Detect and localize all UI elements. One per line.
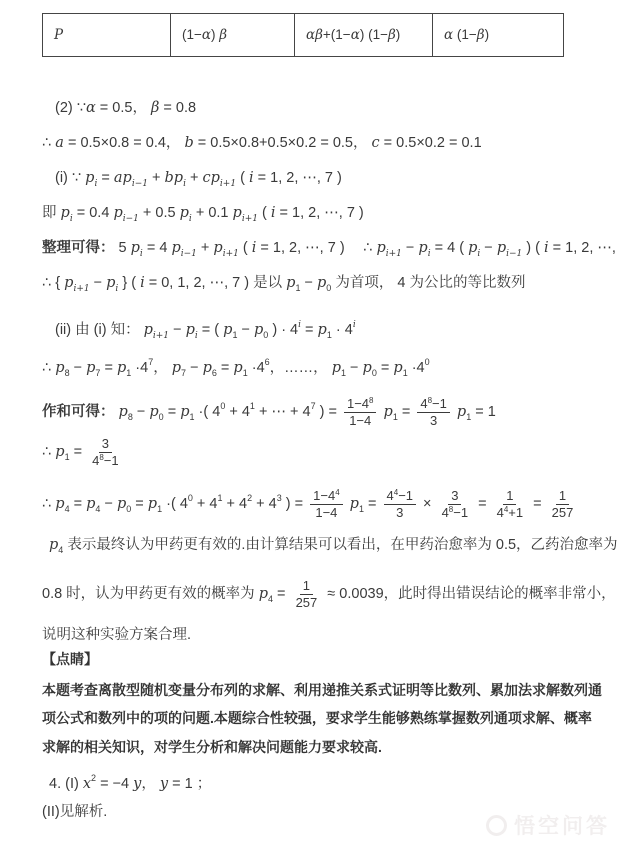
document-page: P (1−α) β αβ+(1−α) (1−β) α (1−β) (2) ∵α …: [0, 0, 618, 846]
solution-content: (2) ∵α = 0.5， β = 0.8∴ a = 0.5×0.8 = 0.4…: [42, 96, 598, 835]
table-cell-value-3: α (1−β): [433, 14, 564, 57]
text-line: 4. (I) x2 = −4 y， y = 1 ；: [42, 766, 598, 790]
table-cell-value-1: (1−α) β: [171, 14, 295, 57]
fraction: 1257: [549, 488, 577, 520]
fraction: 348−1: [439, 488, 472, 520]
text-line: 即 pi = 0.4 pi−1 + 0.5 pi + 0.1 pi+1 ( i …: [42, 201, 598, 225]
fraction: 1−441−4: [310, 488, 343, 520]
fraction: 48−13: [417, 396, 450, 428]
text-line: (2) ∵α = 0.5， β = 0.8: [42, 96, 598, 120]
text-line: 作和可得： p8 − p0 = p1 ·( 40 + 41 + ⋯ + 47 )…: [42, 383, 598, 429]
text-line: 整理可得： 5 pi = 4 pi−1 + pi+1 ( i = 1, 2, ⋯…: [42, 236, 598, 260]
watermark: 悟空问答: [486, 810, 610, 840]
fraction: 144+1: [494, 488, 527, 520]
text-line: p4 表示最终认为甲药更有效的.由计算结果可以看出，在甲药治愈率为 0.5，乙药…: [42, 533, 598, 557]
text-line: 【点睛】: [42, 647, 598, 671]
text-line: 本题考查离散型随机变量分布列的求解、利用递推关系式证明等比数列、累加法求解数列通: [42, 678, 598, 702]
fraction: 44−13: [384, 488, 417, 520]
table-cell-value-2: αβ+(1−α) (1−β): [295, 14, 433, 57]
text-line: ∴ { pi+1 − pi } ( i = 0, 1, 2, ⋯, 7 ) 是以…: [42, 271, 598, 295]
text-line: 说明这种实验方案合理.: [42, 623, 598, 647]
text-line: ∴ p1 = 348−1: [42, 429, 598, 475]
text-line: ∴ a = 0.5×0.8 = 0.4， b = 0.5×0.8+0.5×0.2…: [42, 131, 598, 155]
text-line: (ii) 由 (i) 知： pi+1 − pi = ( p1 − p0 ) · …: [42, 313, 598, 337]
fraction: 348−1: [89, 436, 122, 468]
probability-table: P (1−α) β αβ+(1−α) (1−β) α (1−β): [42, 13, 564, 57]
table-cell-p: P: [43, 14, 171, 57]
fraction: 1257: [293, 578, 321, 610]
text-line: ∴ p4 = p4 − p0 = p1 ·( 40 + 41 + 42 + 43…: [42, 475, 598, 521]
text-line: 项公式和数列中的项的问题.本题综合性较强，要求学生能够熟练掌握数列通项求解、概率: [42, 706, 598, 730]
watermark-text: 悟空问答: [514, 810, 610, 840]
table-row: P (1−α) β αβ+(1−α) (1−β) α (1−β): [43, 14, 564, 57]
text-line: ∴ p8 − p7 = p1 ·47， p7 − p6 = p1 ·46，……，…: [42, 350, 598, 374]
wukong-logo-icon: [486, 815, 507, 836]
fraction: 1−481−4: [344, 396, 377, 428]
text-line: 0.8 时，认为甲药更有效的概率为 p4 = 1257 ≈ 0.0039，此时得…: [42, 571, 598, 617]
text-line: (i) ∵ pi = api−1 + bpi + cpi+1 ( i = 1, …: [42, 166, 598, 190]
text-line: 求解的相关知识，对学生分析和解决问题能力要求较高.: [42, 735, 598, 759]
